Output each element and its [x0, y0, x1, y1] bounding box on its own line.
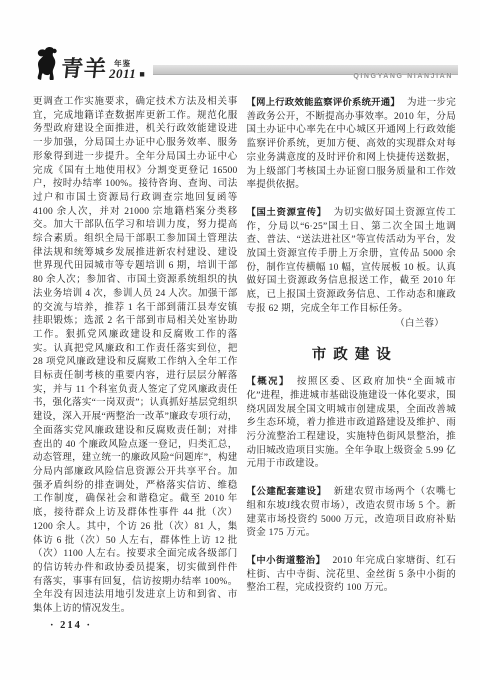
entry-body: 为进一步完善政务公开，不断提高办事效率。2010 年，分局国土办证中心率先在中心… — [247, 98, 457, 190]
entry-body: 为切实做好国土资源宣传工作，分局以“6·25”国土日、第二次全国土地调查、普法、… — [247, 208, 457, 314]
logo-year: 2011 — [109, 67, 136, 80]
page-header: 青羊 年鉴 2011 ■ QINGYANG NIANJIAN — [0, 0, 480, 80]
yearbook-logo: 青羊 年鉴 2011 ■ — [34, 46, 145, 80]
page-number: · 214 · — [50, 620, 92, 631]
banner-text: QINGYANG NIANJIAN — [353, 73, 458, 80]
author-signature: （白兰蓉） — [247, 317, 457, 332]
entry-title: 【概况】 — [247, 376, 290, 386]
entry-title: 【公建配套建设】 — [247, 486, 327, 496]
entry-title: 【中小街道整治】 — [247, 555, 326, 565]
entry-title: 【网上行政效能监察评价系统开通】 — [247, 97, 401, 107]
left-column: 更调查工作实施要求，确定技术方法及相关事宜，完成地籍详查数据库更新工作。规范化服… — [33, 96, 238, 617]
continuation-paragraph: 更调查工作实施要求，确定技术方法及相关事宜，完成地籍详查数据库更新工作。规范化服… — [33, 96, 238, 617]
section-heading: 市政建设 — [247, 349, 457, 363]
entry-overview: 【概况】按照区委、区政府加快“全面城市化”进程，推进城市基础设施建设一体化要求，… — [247, 375, 457, 472]
goat-icon — [34, 46, 60, 80]
header-banner-bar: QINGYANG NIANJIAN — [153, 65, 458, 75]
logo-square-mark: ■ — [139, 69, 144, 80]
entry-body: 按照区委、区政府加快“全面城市化”进程，推进城市基础设施建设一体化要求，围绕巩固… — [247, 377, 457, 469]
text-columns: 更调查工作实施要求，确定技术方法及相关事宜，完成地籍详查数据库更新工作。规范化服… — [0, 80, 480, 617]
entry-street-renovation: 【中小街道整治】2010 年完成白家塘街、红石柱街、古中寺街、浣花里、金丝街 5… — [247, 554, 457, 596]
entry-public-facilities: 【公建配套建设】新建农贸市场两个（农嘴七组和东坡J线农贸市场），改造农贸市场 5… — [247, 485, 457, 541]
logo-year-stack: 年鉴 2011 — [109, 60, 136, 81]
logo-title: 青羊 — [60, 58, 108, 80]
entry-online-system: 【网上行政效能监察评价系统开通】为进一步完善政务公开，不断提高办事效率。2010… — [247, 96, 457, 193]
yearbook-page: 青羊 年鉴 2011 ■ QINGYANG NIANJIAN 更调查工作实施要求… — [0, 0, 480, 680]
entry-land-publicity: 【国土资源宣传】为切实做好国土资源宣传工作，分局以“6·25”国土日、第二次全国… — [247, 206, 457, 317]
entry-title: 【国土资源宣传】 — [247, 207, 327, 217]
right-column: 【网上行政效能监察评价系统开通】为进一步完善政务公开，不断提高办事效率。2010… — [247, 96, 457, 617]
